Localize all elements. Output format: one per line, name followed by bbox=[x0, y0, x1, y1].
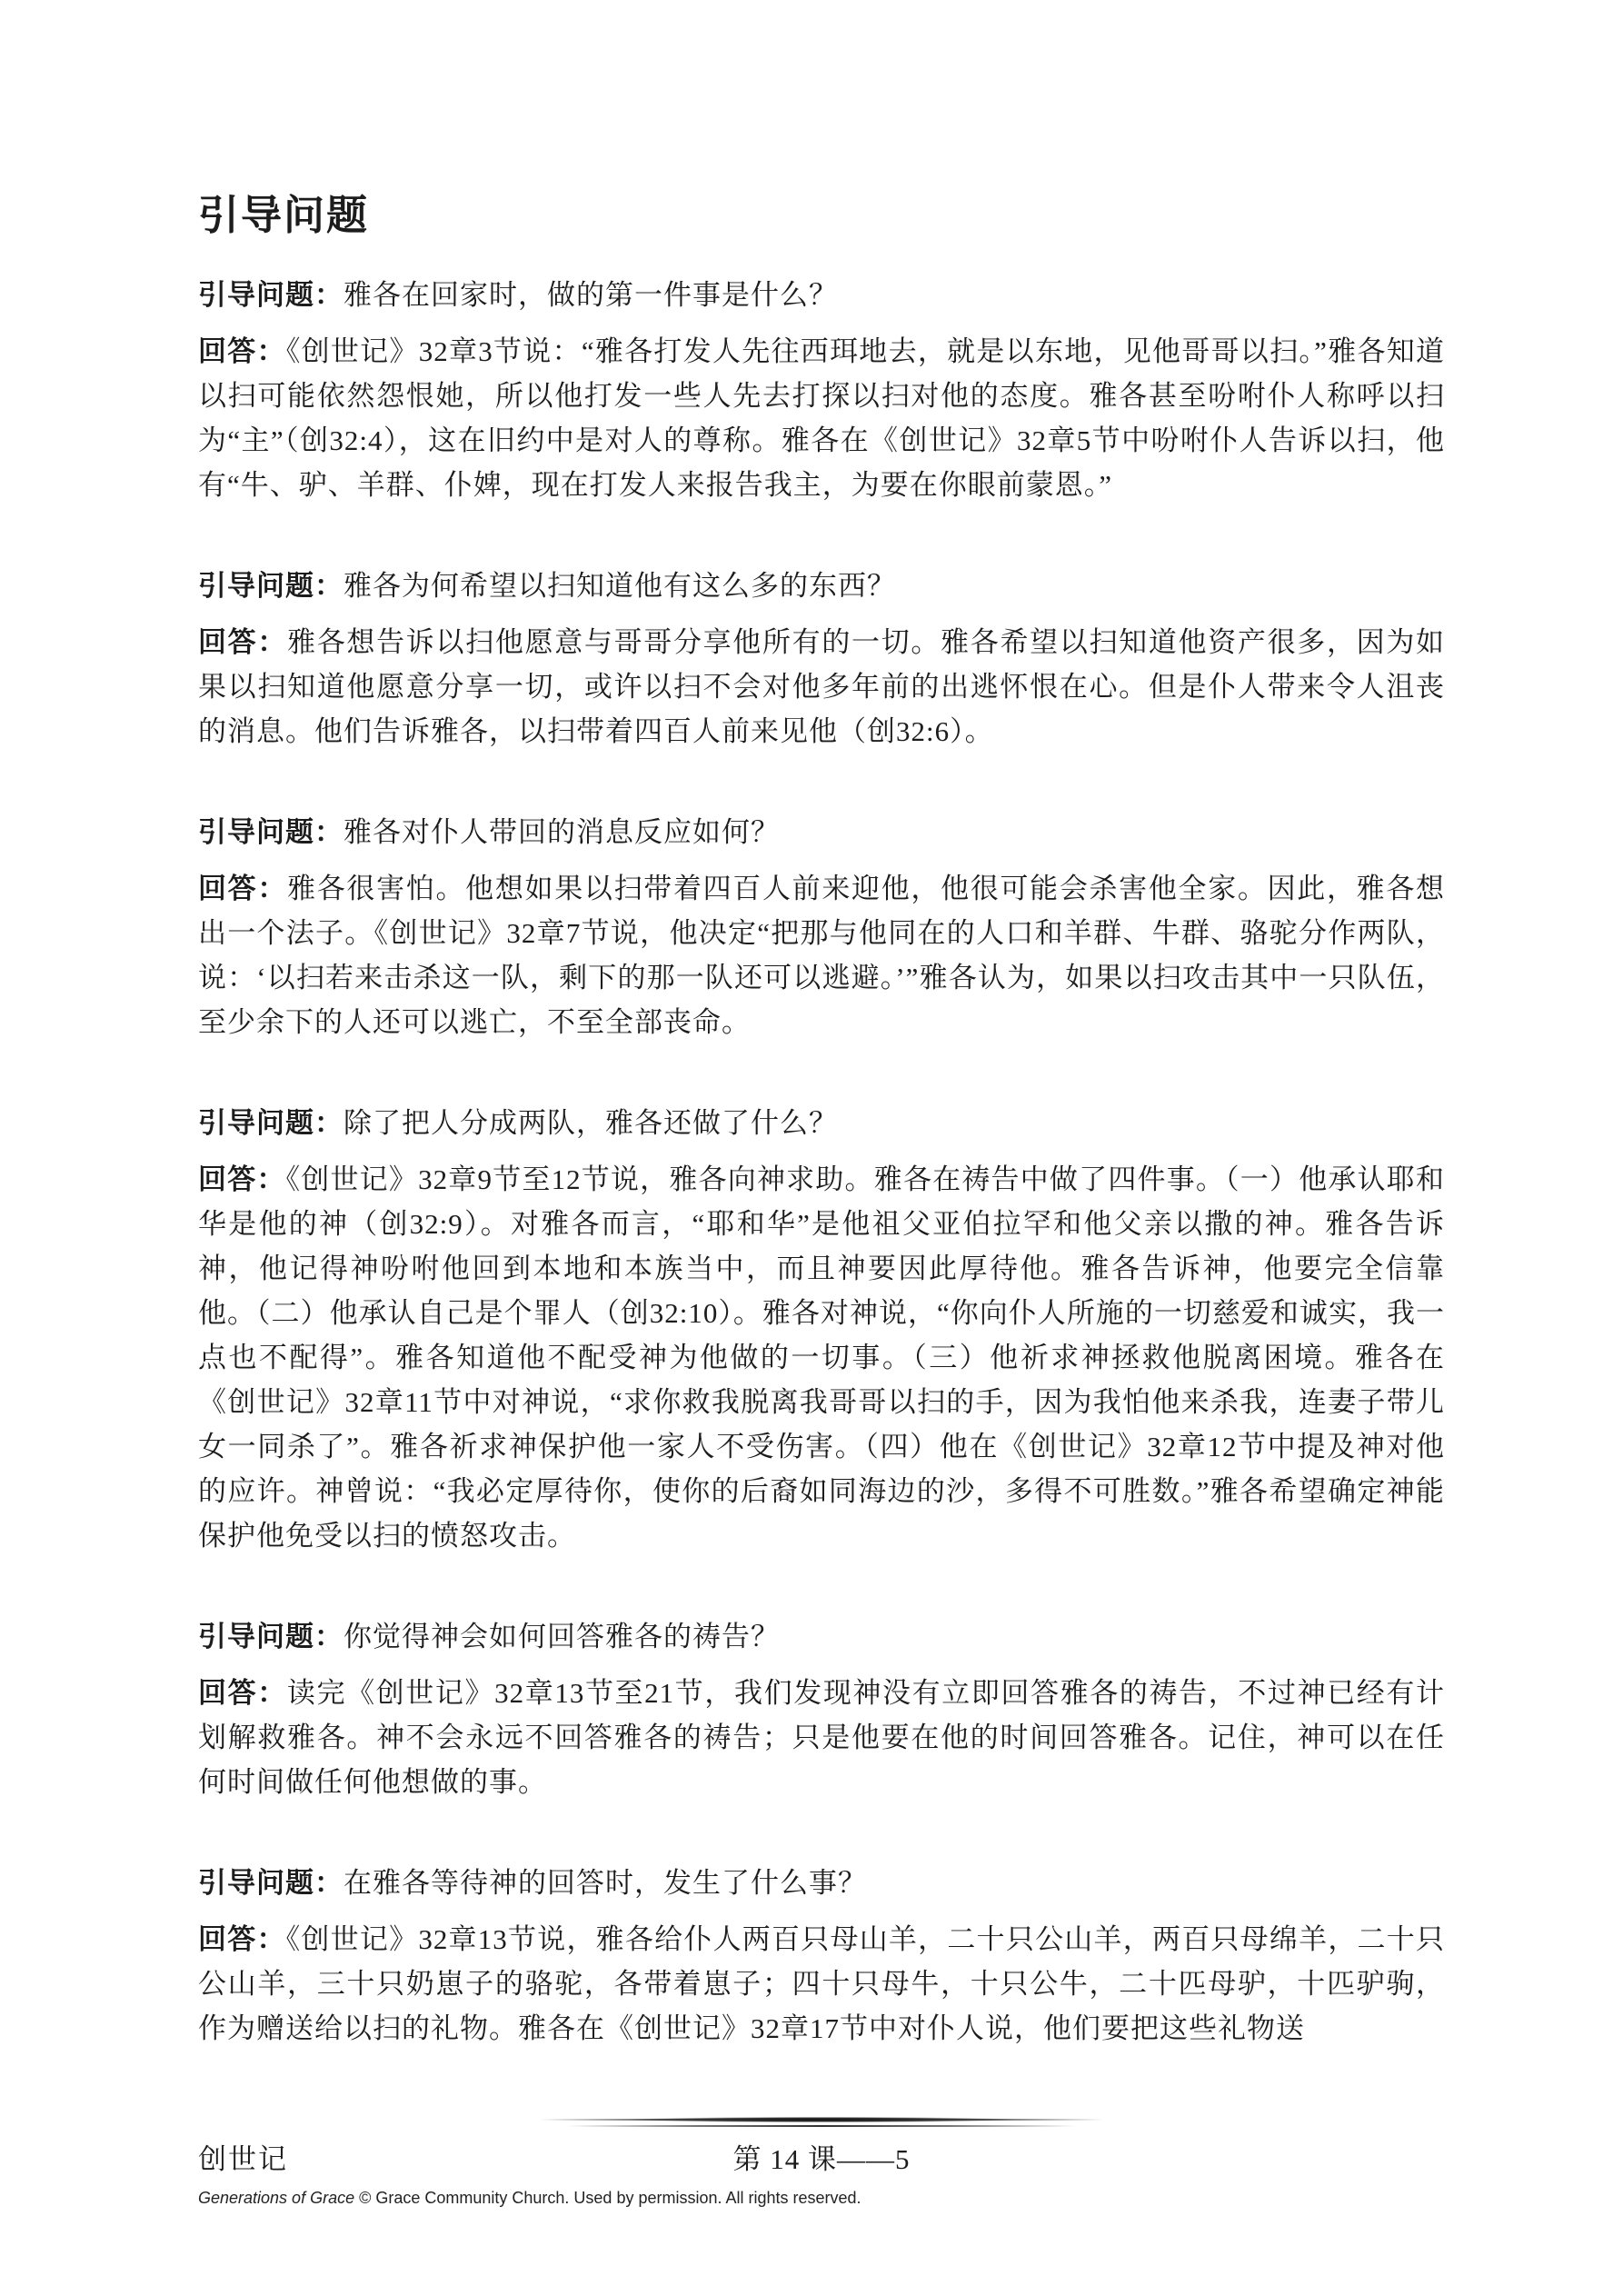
footer-divider bbox=[198, 2116, 1445, 2129]
page-footer: 创世记 第 14 课——5 Generations of Grace © Gra… bbox=[198, 2116, 1445, 2209]
answer-text: 《创世记》32章9节至12节说，雅各向神求助。雅各在祷告中做了四件事。（一）他承… bbox=[198, 1163, 1445, 1552]
answer-paragraph-2: 回答：雅各想告诉以扫他愿意与哥哥分享他所有的一切。雅各希望以扫知道他资产很多，因… bbox=[198, 620, 1445, 754]
question-paragraph-3: 引导问题：雅各对仆人带回的消息反应如何？ bbox=[198, 810, 1445, 854]
answer-label: 回答： bbox=[198, 1677, 287, 1709]
question-label: 引导问题： bbox=[198, 1107, 344, 1139]
footer-row: 创世记 第 14 课——5 bbox=[198, 2140, 1445, 2180]
question-paragraph-6: 引导问题：在雅各等待神的回答时，发生了什么事？ bbox=[198, 1861, 1445, 1905]
question-paragraph-2: 引导问题：雅各为何希望以扫知道他有这么多的东西？ bbox=[198, 564, 1445, 608]
question-paragraph-1: 引导问题：雅各在回家时，做的第一件事是什么？ bbox=[198, 273, 1445, 317]
answer-paragraph-4: 回答：《创世记》32章9节至12节说，雅各向神求助。雅各在祷告中做了四件事。（一… bbox=[198, 1157, 1445, 1558]
answer-paragraph-6: 回答：《创世记》32章13节说，雅各给仆人两百只母山羊，二十只公山羊，两百只母绵… bbox=[198, 1917, 1445, 2051]
question-text: 雅各为何希望以扫知道他有这么多的东西？ bbox=[344, 570, 896, 602]
divider-line-bottom bbox=[567, 2125, 1076, 2127]
question-text: 除了把人分成两队，雅各还做了什么？ bbox=[344, 1107, 838, 1139]
footer-copyright-text: © Grace Community Church. Used by permis… bbox=[354, 2189, 861, 2207]
question-text: 雅各对仆人带回的消息反应如何？ bbox=[344, 816, 780, 848]
answer-label: 回答： bbox=[198, 873, 287, 904]
question-text: 在雅各等待神的回答时，发生了什么事？ bbox=[344, 1867, 867, 1899]
document-page: { "page": { "title": "引导问题", "labels": {… bbox=[0, 0, 1623, 2296]
answer-text: 雅各很害怕。他想如果以扫带着四百人前来迎他，他很可能会杀害他全家。因此，雅各想出… bbox=[198, 873, 1445, 1038]
answer-text: 雅各想告诉以扫他愿意与哥哥分享他所有的一切。雅各希望以扫知道他资产很多，因为如果… bbox=[198, 626, 1445, 747]
answer-text: 《创世记》32章3节说：“雅各打发人先往西珥地去，就是以东地，见他哥哥以扫。”雅… bbox=[198, 335, 1445, 501]
answer-label: 回答： bbox=[198, 335, 286, 367]
question-paragraph-4: 引导问题：除了把人分成两队，雅各还做了什么？ bbox=[198, 1101, 1445, 1145]
footer-copyright-series: Generations of Grace bbox=[198, 2189, 354, 2207]
answer-text: 《创世记》32章13节说，雅各给仆人两百只母山羊，二十只公山羊，两百只母绵羊，二… bbox=[198, 1923, 1445, 2044]
question-paragraph-5: 引导问题：你觉得神会如何回答雅各的祷告？ bbox=[198, 1614, 1445, 1659]
question-text: 你觉得神会如何回答雅各的祷告？ bbox=[344, 1621, 780, 1652]
footer-page-number: 第 14 课——5 bbox=[198, 2140, 1445, 2180]
answer-label: 回答： bbox=[198, 1163, 286, 1195]
question-label: 引导问题： bbox=[198, 1621, 344, 1652]
question-label: 引导问题： bbox=[198, 279, 344, 311]
page-title: 引导问题 bbox=[198, 193, 1445, 238]
divider-line-center bbox=[631, 2117, 1012, 2122]
footer-book-title: 创世记 bbox=[198, 2140, 288, 2180]
answer-label: 回答： bbox=[198, 1923, 286, 1955]
question-text: 雅各在回家时，做的第一件事是什么？ bbox=[344, 279, 838, 311]
question-label: 引导问题： bbox=[198, 1867, 344, 1899]
footer-copyright: Generations of Grace © Grace Community C… bbox=[198, 2187, 1445, 2209]
question-label: 引导问题： bbox=[198, 816, 344, 848]
answer-label: 回答： bbox=[198, 626, 287, 658]
answer-paragraph-1: 回答：《创世记》32章3节说：“雅各打发人先往西珥地去，就是以东地，见他哥哥以扫… bbox=[198, 329, 1445, 507]
document-body: 引导问题 引导问题：雅各在回家时，做的第一件事是什么？ 回答：《创世记》32章3… bbox=[198, 193, 1445, 2051]
answer-paragraph-3: 回答：雅各很害怕。他想如果以扫带着四百人前来迎他，他很可能会杀害他全家。因此，雅… bbox=[198, 866, 1445, 1044]
question-label: 引导问题： bbox=[198, 570, 344, 602]
answer-text: 读完《创世记》32章13节至21节，我们发现神没有立即回答雅各的祷告，不过神已经… bbox=[198, 1677, 1445, 1798]
answer-paragraph-5: 回答：读完《创世记》32章13节至21节，我们发现神没有立即回答雅各的祷告，不过… bbox=[198, 1671, 1445, 1804]
